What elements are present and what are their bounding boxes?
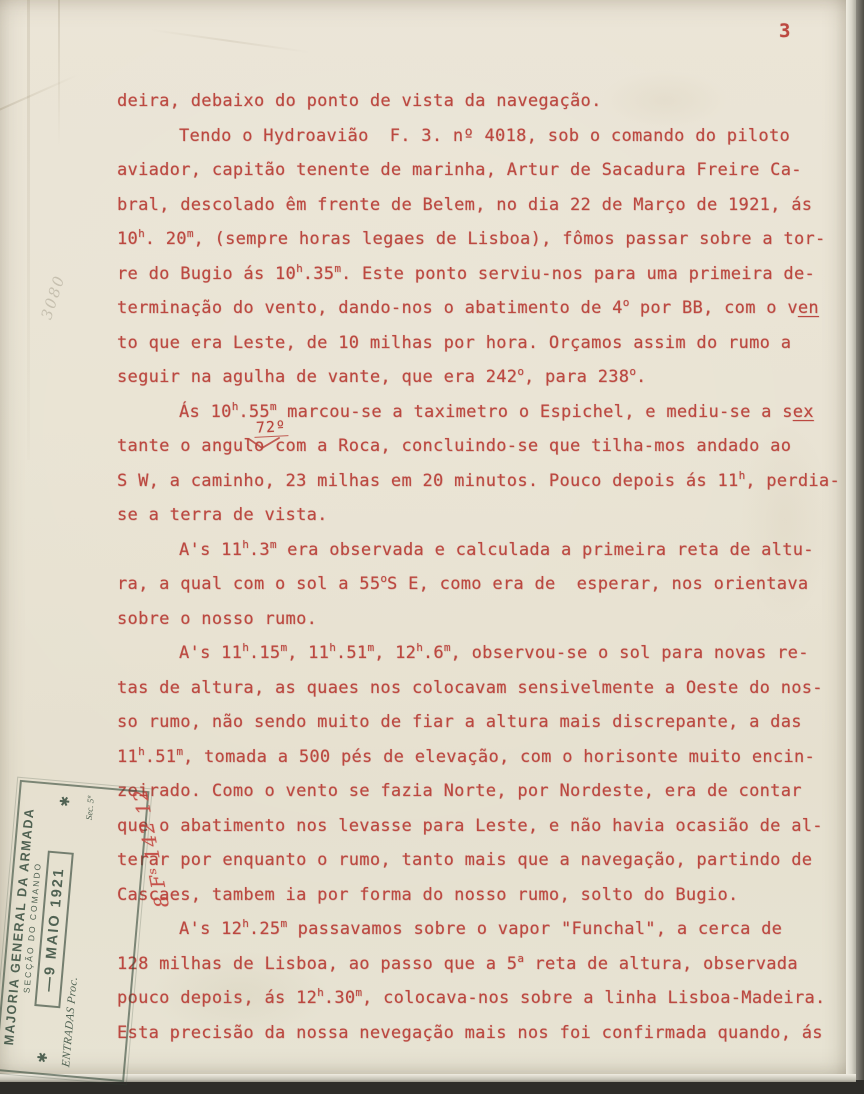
typed-line: aviador, capitão tenente de marinha, Art… xyxy=(117,153,831,188)
stamp-sub-label: Sec. 5ª xyxy=(84,796,96,821)
typed-line: Tendo o Hydroavião F. 3. nº 4018, sob o … xyxy=(117,119,831,154)
typed-line: terminação do vento, dando-nos o abatime… xyxy=(117,291,831,326)
page-edge xyxy=(846,0,856,1080)
typed-line: Esta precisão da nossa nevegação mais no… xyxy=(117,1016,831,1051)
typed-line: A's 11h.15m, 11h.51m, 12h.6m, observou-s… xyxy=(117,636,831,671)
typed-line: terar por enquanto o rumo, tanto mais qu… xyxy=(117,843,831,878)
typed-line: seguir na agulha de vante, que era 242o,… xyxy=(117,360,831,395)
scan-background xyxy=(856,0,864,1080)
typed-line: so rumo, não sendo muito de fiar a altur… xyxy=(117,705,831,740)
typed-line: sobre o nosso rumo. xyxy=(117,602,831,637)
typed-line: 10h. 20m, (sempre horas legaes de Lisboa… xyxy=(117,222,831,257)
handwritten-correction-72deg: 72º xyxy=(254,417,289,438)
typed-line: deira, debaixo do ponto de vista da nave… xyxy=(117,84,831,119)
paper-crease xyxy=(0,74,79,112)
typed-line: 11h.51m, tomada a 500 pés de elevação, c… xyxy=(117,740,831,775)
archive-stamp: MAJORIA GENERAL DA ARMADA SECÇÃO DO COMA… xyxy=(0,780,149,1082)
paper-crease xyxy=(151,29,310,53)
typed-line: que o abatimento nos levasse para Leste,… xyxy=(117,809,831,844)
typed-line: re do Bugio ás 10h.35m. Este ponto servi… xyxy=(117,257,831,292)
typed-line: A's 12h.25m passavamos sobre o vapor "Fu… xyxy=(117,912,831,947)
typed-line: Cascaes, tambem ia por forma do nosso ru… xyxy=(117,878,831,913)
page-number: 3 xyxy=(779,20,790,42)
paper-crease xyxy=(27,0,30,460)
stamp-asterisk-right-icon: ✱ xyxy=(57,795,74,807)
typed-line: A's 11h.3m era observada e calculada a p… xyxy=(117,533,831,568)
page-edge xyxy=(0,1074,856,1082)
typed-line: bral, descolado êm frente de Belem, no d… xyxy=(117,188,831,223)
typed-line: zeirado. Como o vento se fazia Norte, po… xyxy=(117,774,831,809)
typed-line: tante o angulo com a Roca, concluindo-se… xyxy=(117,429,831,464)
typed-line: S W, a caminho, 23 milhas em 20 minutos.… xyxy=(117,464,831,499)
typed-line: 128 milhas de Lisboa, ao passo que a 5a … xyxy=(117,947,831,982)
typed-line: ra, a qual com o sol a 55oS E, como era … xyxy=(117,567,831,602)
typed-text-block: deira, debaixo do ponto de vista da nave… xyxy=(117,84,831,1050)
stamp-entry-label: ENTRADAS Proc. xyxy=(60,975,80,1068)
typed-line: Ás 10h.55m marcou-se a taximetro o Espic… xyxy=(117,395,831,430)
paper-crease xyxy=(58,0,60,150)
typed-line: pouco depois, ás 12h.30m, colocava-nos s… xyxy=(117,981,831,1016)
caret-icon xyxy=(247,437,281,451)
typed-line: to que era Leste, de 10 milhas por hora.… xyxy=(117,326,831,361)
typed-line: tas de altura, as quaes nos colocavam se… xyxy=(117,671,831,706)
stamp-asterisk-left-icon: ✱ xyxy=(34,1051,51,1063)
typed-line: se a terra de vista. xyxy=(117,498,831,533)
